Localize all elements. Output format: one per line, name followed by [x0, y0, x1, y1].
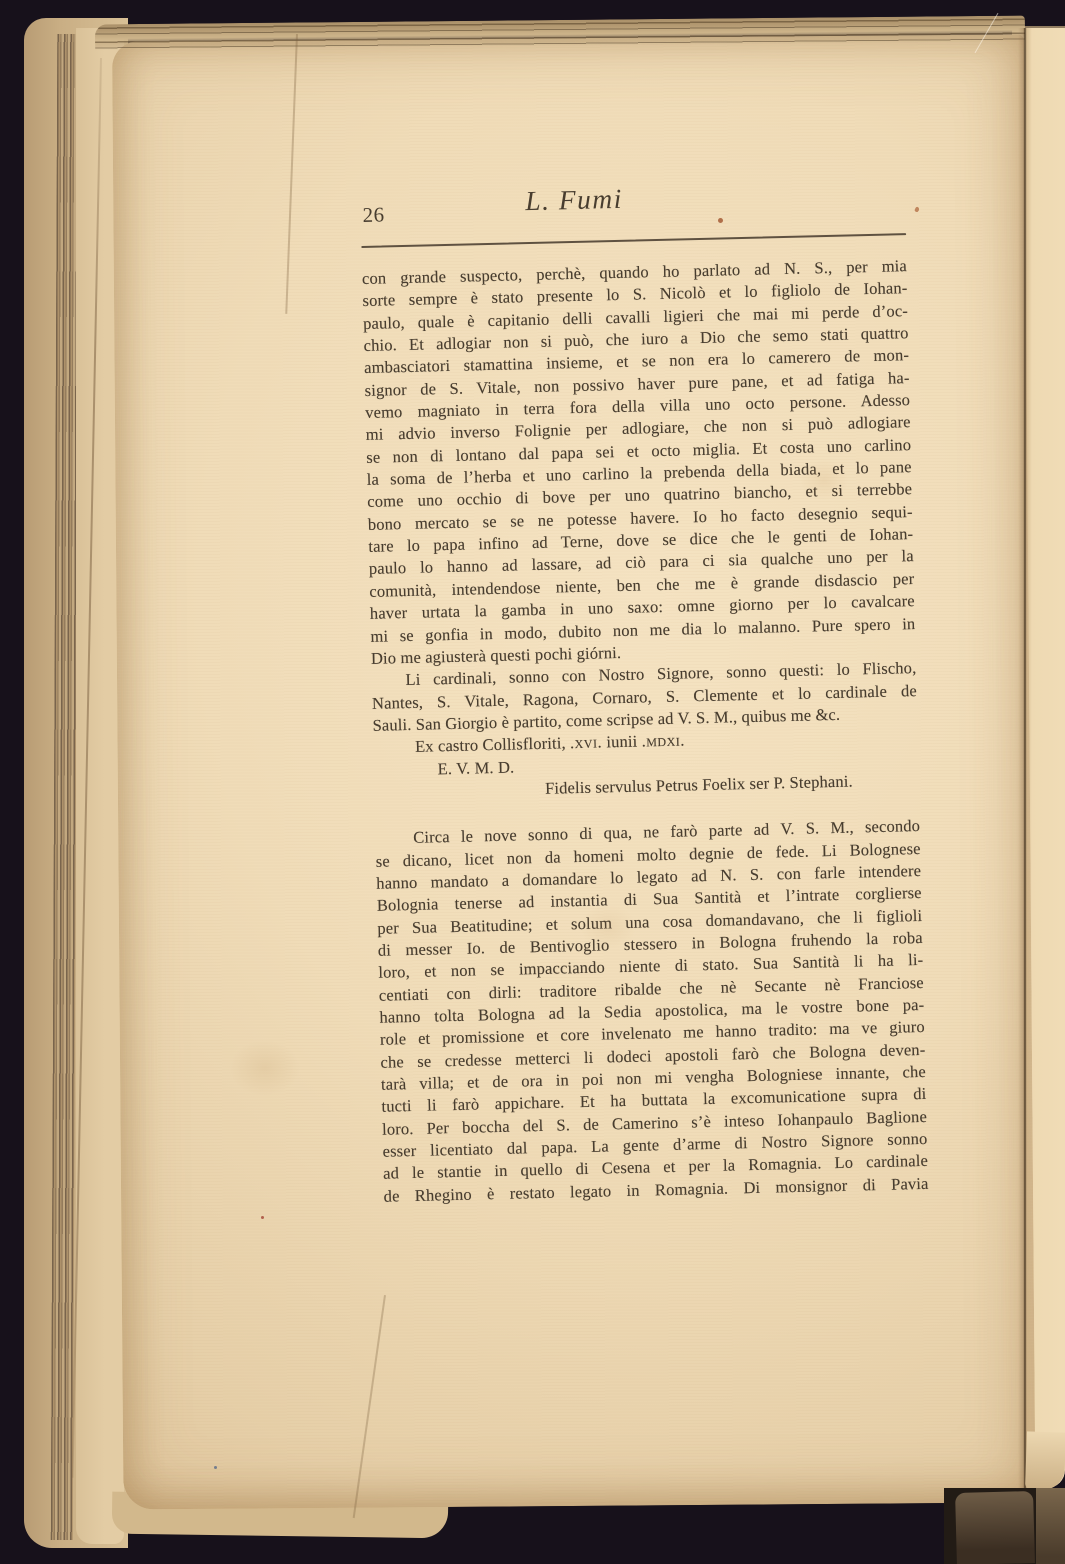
text-segment: Ex castro Collisfloriti, [415, 733, 570, 756]
curled-page-corner [1025, 1431, 1065, 1490]
stain [214, 1466, 217, 1469]
stain [230, 1040, 300, 1096]
text-body: con grande suspecto, perchè, quando ho p… [362, 255, 929, 1208]
small-caps-text: .mdxi. [641, 731, 685, 751]
text-block: 26 L. Fumi con grande suspecto, perchè, … [360, 179, 929, 1208]
small-caps-text: .xvi. [570, 733, 603, 753]
running-title: L. Fumi [525, 183, 623, 217]
paragraph: Circa le nove sonno di qua, ne farò part… [375, 815, 929, 1208]
paragraph: Li cardinali, sonno con Nostro Signore, … [371, 657, 917, 737]
book-scan-scene: 26 L. Fumi con grande suspecto, perchè, … [0, 0, 1065, 1564]
cover-texture-edge [1036, 1488, 1065, 1564]
header-rule [361, 233, 906, 248]
text-segment: iunii [602, 732, 642, 752]
gutter-crease [1018, 28, 1032, 1492]
cover-texture [955, 1491, 1035, 1564]
stain [800, 460, 848, 500]
page-number: 26 [362, 202, 385, 228]
stain [718, 218, 723, 223]
page-header: 26 L. Fumi [360, 179, 906, 248]
stain [580, 905, 636, 949]
stain [261, 1216, 264, 1219]
